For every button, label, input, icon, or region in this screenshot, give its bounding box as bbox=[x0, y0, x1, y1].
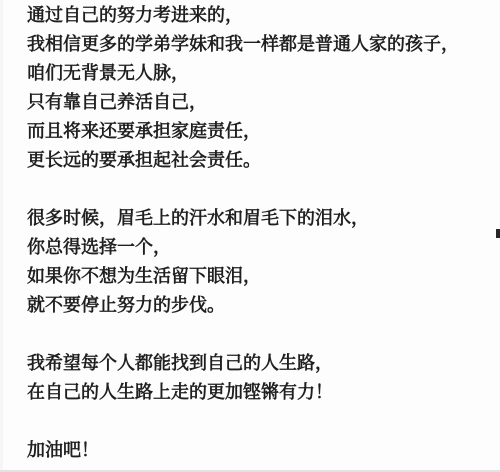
text-line: 更长远的要承担起社会责任。 bbox=[27, 146, 500, 175]
text-line: 只有靠自己养活自己， bbox=[27, 88, 500, 117]
text-line: 而且将来还要承担家庭责任， bbox=[27, 117, 500, 146]
cropped-character-fragment bbox=[496, 229, 500, 238]
text-line: 咱们无背景无人脉， bbox=[27, 59, 500, 88]
text-line: 在自己的人生路上走的更加铿锵有力！ bbox=[27, 378, 500, 407]
text-line: 我希望每个人都能找到自己的人生路， bbox=[27, 349, 500, 378]
paragraph-gap bbox=[27, 175, 500, 204]
paragraph-gap bbox=[27, 407, 500, 436]
text-line: 很多时候，眉毛上的汗水和眉毛下的泪水， bbox=[27, 204, 500, 233]
document-body: 通过自己的努力考进来的， 我相信更多的学弟学妹和我一样都是普通人家的孩子， 咱们… bbox=[27, 1, 500, 465]
text-line: 就不要停止努力的步伐。 bbox=[27, 291, 500, 320]
text-line: 加油吧！ bbox=[27, 436, 500, 465]
text-line: 通过自己的努力考进来的， bbox=[27, 1, 500, 30]
text-line: 你总得选择一个， bbox=[27, 233, 500, 262]
text-line: 我相信更多的学弟学妹和我一样都是普通人家的孩子， bbox=[27, 30, 500, 59]
scan-edge-left bbox=[0, 0, 3, 472]
text-line: 如果你不想为生活留下眼泪， bbox=[27, 262, 500, 291]
paragraph-gap bbox=[27, 320, 500, 349]
